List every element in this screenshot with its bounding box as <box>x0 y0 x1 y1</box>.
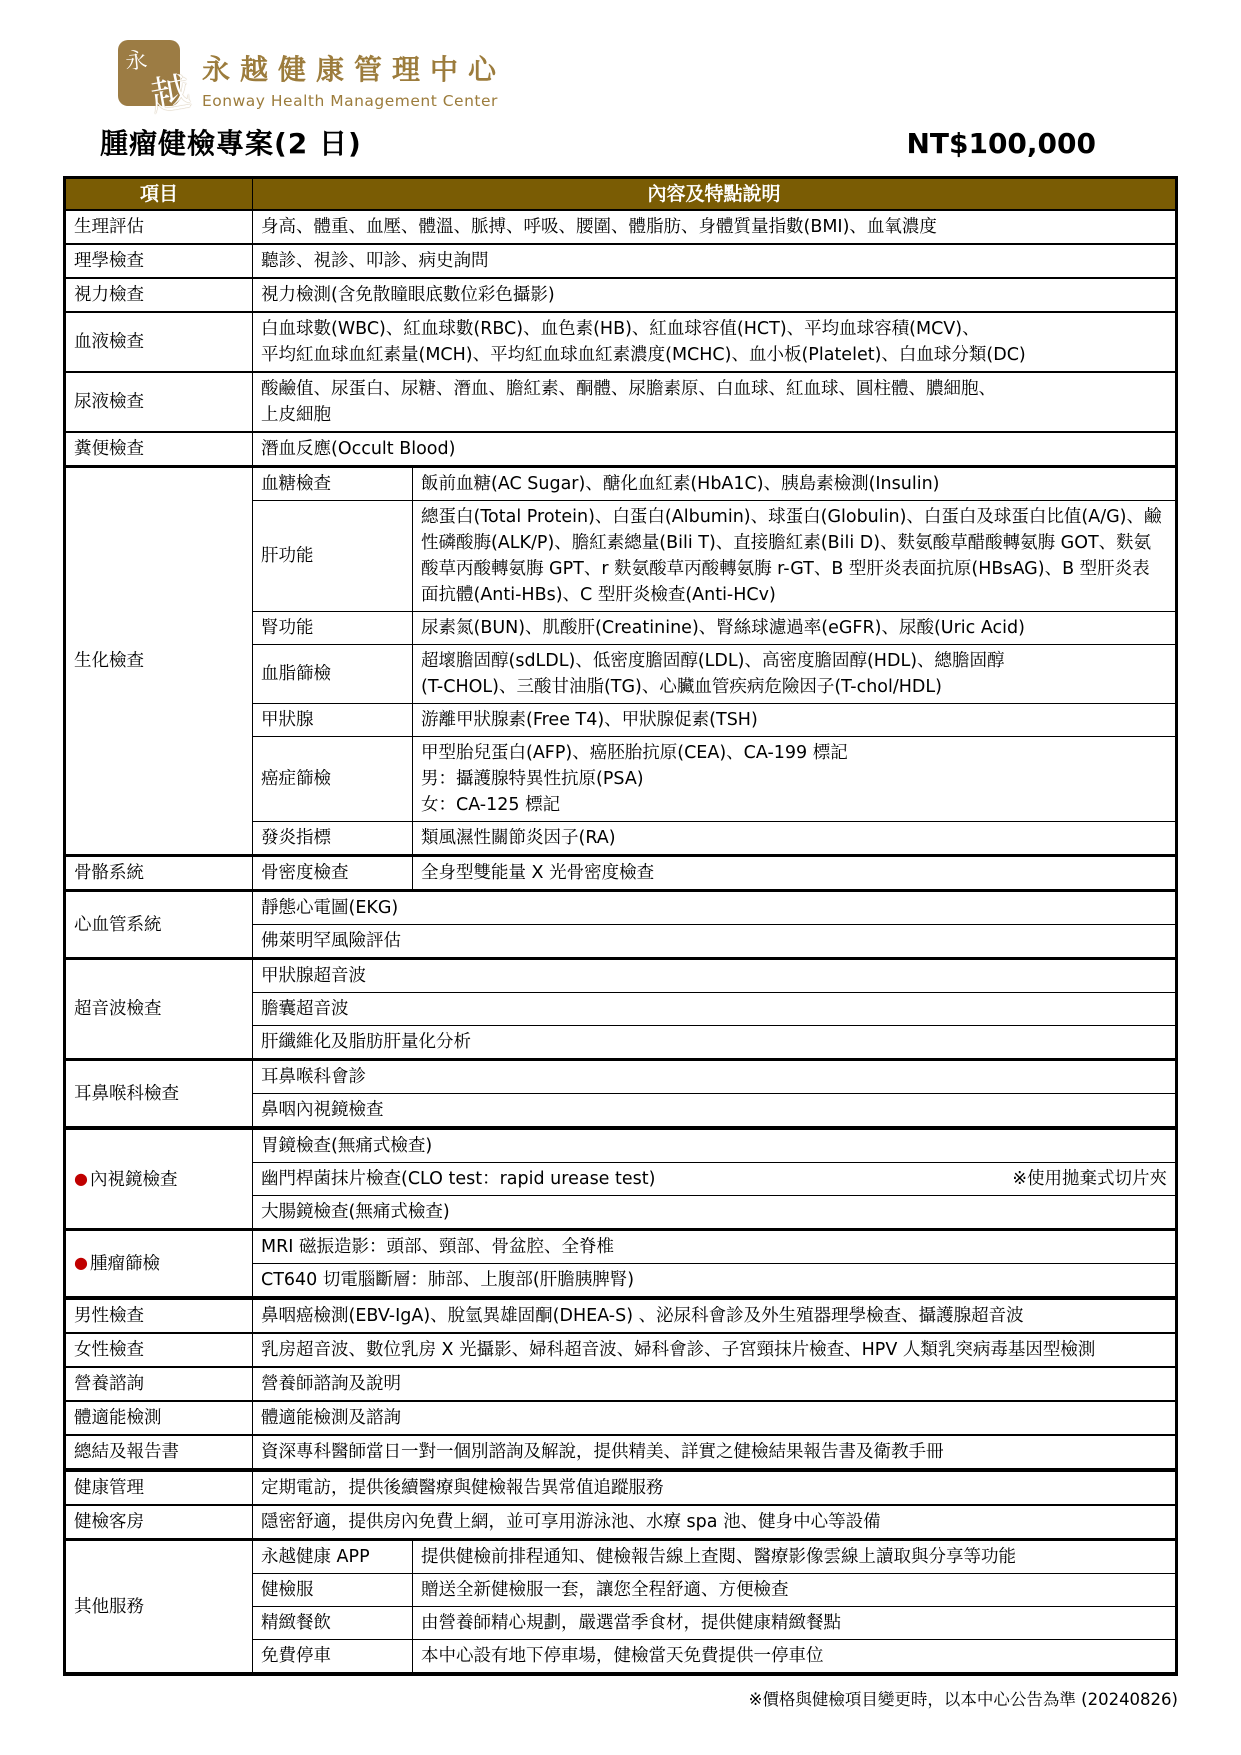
group-label-endoscopy: ●內視鏡檢查 <box>65 1128 253 1230</box>
page-title: 腫瘤健檢專案(2 日) <box>100 122 362 162</box>
table-row: 心血管系統 靜態心電圖(EKG) <box>65 891 1177 925</box>
row-content: 鼻咽癌檢測(EBV-IgA)、脫氫異雄固酮(DHEA-S) 、泌尿科會診及外生殖… <box>253 1298 1177 1333</box>
row-content: 幽門桿菌抹片檢查(CLO test：rapid urease test) ※使用… <box>253 1163 1177 1196</box>
table-row: 生理評估 身高、體重、血壓、體溫、脈搏、呼吸、腰圍、體脂肪、身體質量指數(BMI… <box>65 210 1177 244</box>
table-row: 健檢客房 隱密舒適，提供房內免費上網，並可享用游泳池、水療 spa 池、健身中心… <box>65 1505 1177 1540</box>
table-row: 生化檢查 血糖檢查 飯前血糖(AC Sugar)、醣化血紅素(HbA1C)、胰島… <box>65 467 1177 501</box>
row-content: 潛血反應(Occult Blood) <box>253 432 1177 467</box>
row-content: 膽囊超音波 <box>253 993 1177 1026</box>
table-row: 營養諮詢 營養師諮詢及說明 <box>65 1367 1177 1401</box>
sub-label: 發炎指標 <box>253 822 413 856</box>
table-row: 骨骼系統 骨密度檢查 全身型雙能量 X 光骨密度檢查 <box>65 856 1177 891</box>
sub-label: 骨密度檢查 <box>253 856 413 891</box>
table-row: 超音波檢查 甲狀腺超音波 <box>65 959 1177 993</box>
sub-content: 由營養師精心規劃，嚴選當季食材，提供健康精緻餐點 <box>413 1607 1177 1640</box>
row-label: 糞便檢查 <box>65 432 253 467</box>
price: NT$100,000 <box>906 127 1096 160</box>
brand-logo: 永 越 永越健康管理中心 Eonway Health Management Ce… <box>118 40 506 110</box>
table-row: 理學檢查 聽診、視診、叩診、病史詢問 <box>65 244 1177 278</box>
table-row: 女性檢查 乳房超音波、數位乳房 X 光攝影、婦科超音波、婦科會診、子宮頸抹片檢查… <box>65 1333 1177 1367</box>
row-content: 全身型雙能量 X 光骨密度檢查 <box>413 856 1177 891</box>
title-row: 腫瘤健檢專案(2 日) NT$100,000 <box>100 122 1096 162</box>
row-content: 耳鼻喉科會診 <box>253 1060 1177 1094</box>
sub-label: 血脂篩檢 <box>253 645 413 704</box>
sub-label: 精緻餐飲 <box>253 1607 413 1640</box>
row-label: 體適能檢測 <box>65 1401 253 1435</box>
sub-content: 尿素氮(BUN)、肌酸肝(Creatinine)、腎絲球濾過率(eGFR)、尿酸… <box>413 612 1177 645</box>
sub-content: 游離甲狀腺素(Free T4)、甲狀腺促素(TSH) <box>413 704 1177 737</box>
row-content: 甲狀腺超音波 <box>253 959 1177 993</box>
sub-content: 贈送全新健檢服一套，讓您全程舒適、方便檢查 <box>413 1574 1177 1607</box>
sub-label: 血糖檢查 <box>253 467 413 501</box>
row-content: CT640 切電腦斷層：肺部、上腹部(肝膽胰脾腎) <box>253 1264 1177 1299</box>
table-row: ●內視鏡檢查 胃鏡檢查(無痛式檢查) <box>65 1128 1177 1163</box>
table-row: 健康管理 定期電訪，提供後續醫療與健檢報告異常值追蹤服務 <box>65 1470 1177 1505</box>
table-row: 視力檢查 視力檢測(含免散瞳眼底數位彩色攝影) <box>65 278 1177 312</box>
table-row: 體適能檢測 體適能檢測及諮詢 <box>65 1401 1177 1435</box>
table-row: 男性檢查 鼻咽癌檢測(EBV-IgA)、脫氫異雄固酮(DHEA-S) 、泌尿科會… <box>65 1298 1177 1333</box>
sub-label: 腎功能 <box>253 612 413 645</box>
row-content: 白血球數(WBC)、紅血球數(RBC)、血色素(HB)、紅血球容值(HCT)、平… <box>253 312 1177 372</box>
table-row: 耳鼻喉科檢查 耳鼻喉科會診 <box>65 1060 1177 1094</box>
red-dot-icon: ● <box>74 1169 88 1188</box>
table-row: 其他服務 永越健康 APP 提供健檢前排程通知、健檢報告線上查閱、醫療影像雲線上… <box>65 1540 1177 1574</box>
row-content: 體適能檢測及諮詢 <box>253 1401 1177 1435</box>
row-content: 資深專科醫師當日一對一個別諮詢及解說，提供精美、詳實之健檢結果報告書及衛教手冊 <box>253 1435 1177 1470</box>
row-content: 靜態心電圖(EKG) <box>253 891 1177 925</box>
sub-label: 永越健康 APP <box>253 1540 413 1574</box>
row-label: 總結及報告書 <box>65 1435 253 1470</box>
red-dot-icon: ● <box>74 1253 88 1272</box>
row-content: 鼻咽內視鏡檢查 <box>253 1094 1177 1129</box>
row-label: 理學檢查 <box>65 244 253 278</box>
row-content: 大腸鏡檢查(無痛式檢查) <box>253 1196 1177 1230</box>
group-label-ent: 耳鼻喉科檢查 <box>65 1060 253 1129</box>
clo-test-text: 幽門桿菌抹片檢查(CLO test：rapid urease test) <box>261 1166 655 1192</box>
row-label: 尿液檢查 <box>65 372 253 432</box>
group-label-text: 內視鏡檢查 <box>90 1170 178 1190</box>
group-label-biochem: 生化檢查 <box>65 467 253 856</box>
brand-name-zh: 永越健康管理中心 <box>202 48 506 88</box>
row-label: 生理評估 <box>65 210 253 244</box>
sub-content: 類風濕性關節炎因子(RA) <box>413 822 1177 856</box>
group-label-tumor: ●腫瘤篩檢 <box>65 1230 253 1299</box>
table-header-row: 項目 內容及特點說明 <box>65 178 1177 211</box>
checkup-table: 項目 內容及特點說明 生理評估 身高、體重、血壓、體溫、脈搏、呼吸、腰圍、體脂肪… <box>63 176 1178 1676</box>
group-label-ultrasound: 超音波檢查 <box>65 959 253 1060</box>
col-header-description: 內容及特點說明 <box>253 178 1177 211</box>
sub-label: 健檢服 <box>253 1574 413 1607</box>
row-content: 酸鹼值、尿蛋白、尿糖、潛血、膽紅素、酮體、尿膽素原、白血球、紅血球、圓柱體、膿細… <box>253 372 1177 432</box>
sub-content: 甲型胎兒蛋白(AFP)、癌胚胎抗原(CEA)、CA-199 標記 男：攝護腺特異… <box>413 737 1177 822</box>
row-label: 健康管理 <box>65 1470 253 1505</box>
brand-name-en: Eonway Health Management Center <box>202 92 506 110</box>
footer-note: ※價格與健檢項目變更時，以本中心公告為準 (20240826) <box>749 1686 1178 1710</box>
row-label: 骨骼系統 <box>65 856 253 891</box>
table-row: ●腫瘤篩檢 MRI 磁振造影：頭部、頸部、骨盆腔、全脊椎 <box>65 1230 1177 1264</box>
row-content: 定期電訪，提供後續醫療與健檢報告異常值追蹤服務 <box>253 1470 1177 1505</box>
eonway-seal-icon: 永 越 <box>118 40 180 106</box>
row-content: 乳房超音波、數位乳房 X 光攝影、婦科超音波、婦科會診、子宮頸抹片檢查、HPV … <box>253 1333 1177 1367</box>
row-label: 血液檢查 <box>65 312 253 372</box>
seal-glyph-1: 永 <box>123 43 148 76</box>
sub-content: 超壞膽固醇(sdLDL)、低密度膽固醇(LDL)、高密度膽固醇(HDL)、總膽固… <box>413 645 1177 704</box>
row-label: 營養諮詢 <box>65 1367 253 1401</box>
row-label: 女性檢查 <box>65 1333 253 1367</box>
sub-content: 飯前血糖(AC Sugar)、醣化血紅素(HbA1C)、胰島素檢測(Insuli… <box>413 467 1177 501</box>
sub-label: 癌症篩檢 <box>253 737 413 822</box>
sub-content: 提供健檢前排程通知、健檢報告線上查閱、醫療影像雲線上讀取與分享等功能 <box>413 1540 1177 1574</box>
sub-content: 本中心設有地下停車場，健檢當天免費提供一停車位 <box>413 1640 1177 1675</box>
row-content: 胃鏡檢查(無痛式檢查) <box>253 1128 1177 1163</box>
row-content: 營養師諮詢及說明 <box>253 1367 1177 1401</box>
row-label: 視力檢查 <box>65 278 253 312</box>
sub-label: 肝功能 <box>253 501 413 612</box>
seal-glyph-2: 越 <box>145 60 194 123</box>
row-content: MRI 磁振造影：頭部、頸部、骨盆腔、全脊椎 <box>253 1230 1177 1264</box>
table-row: 糞便檢查 潛血反應(Occult Blood) <box>65 432 1177 467</box>
table-row: 尿液檢查 酸鹼值、尿蛋白、尿糖、潛血、膽紅素、酮體、尿膽素原、白血球、紅血球、圓… <box>65 372 1177 432</box>
row-content: 視力檢測(含免散瞳眼底數位彩色攝影) <box>253 278 1177 312</box>
group-label-other: 其他服務 <box>65 1540 253 1675</box>
row-content: 肝纖維化及脂肪肝量化分析 <box>253 1026 1177 1060</box>
row-content: 身高、體重、血壓、體溫、脈搏、呼吸、腰圍、體脂肪、身體質量指數(BMI)、血氧濃… <box>253 210 1177 244</box>
table-row: 總結及報告書 資深專科醫師當日一對一個別諮詢及解說，提供精美、詳實之健檢結果報告… <box>65 1435 1177 1470</box>
table-row: 血液檢查 白血球數(WBC)、紅血球數(RBC)、血色素(HB)、紅血球容值(H… <box>65 312 1177 372</box>
sub-label: 甲狀腺 <box>253 704 413 737</box>
document-page: 永 越 永越健康管理中心 Eonway Health Management Ce… <box>0 0 1241 1755</box>
group-label-cardio: 心血管系統 <box>65 891 253 959</box>
row-content: 隱密舒適，提供房內免費上網，並可享用游泳池、水療 spa 池、健身中心等設備 <box>253 1505 1177 1540</box>
clo-test-note: ※使用拋棄式切片夾 <box>1012 1166 1167 1192</box>
sub-label: 免費停車 <box>253 1640 413 1675</box>
row-content: 聽診、視診、叩診、病史詢問 <box>253 244 1177 278</box>
row-content: 佛萊明罕風險評估 <box>253 925 1177 959</box>
row-label: 男性檢查 <box>65 1298 253 1333</box>
row-label: 健檢客房 <box>65 1505 253 1540</box>
group-label-text: 腫瘤篩檢 <box>90 1254 160 1274</box>
sub-content: 總蛋白(Total Protein)、白蛋白(Albumin)、球蛋白(Glob… <box>413 501 1177 612</box>
col-header-item: 項目 <box>65 178 253 211</box>
brand-wordmark: 永越健康管理中心 Eonway Health Management Center <box>202 40 506 110</box>
